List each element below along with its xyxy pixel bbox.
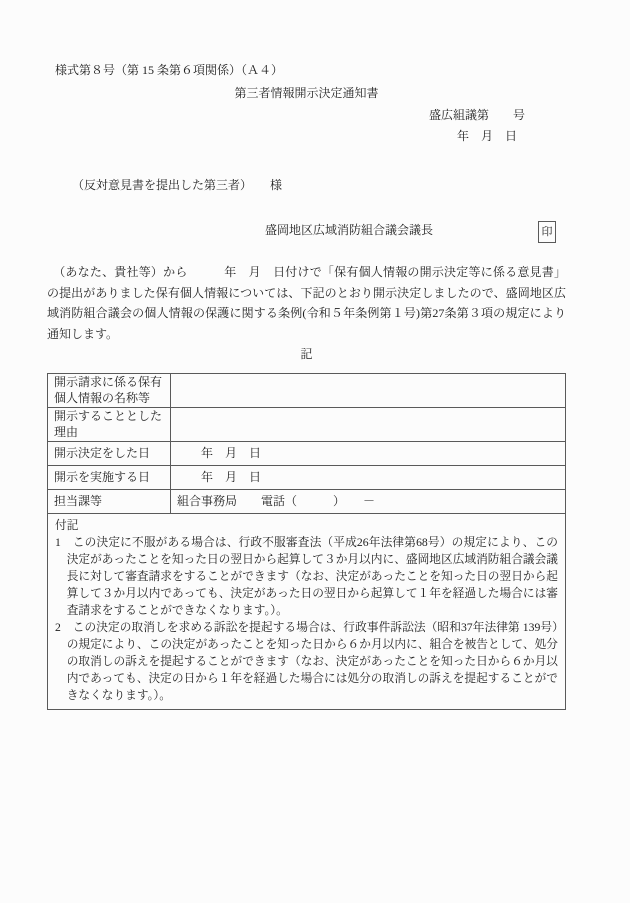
table-row-label: 担当課等 xyxy=(48,490,171,514)
notes-items: 1 この決定に不服がある場合は、行政不服審査法（平成26年法律第68号）の規定に… xyxy=(55,534,558,704)
table-row-label: 開示請求に係る保有個人情報の名称等 xyxy=(48,374,171,408)
seal-box: 印 xyxy=(538,221,556,243)
table-row: 開示決定をした日 年 月 日 xyxy=(48,442,566,466)
table-row: 担当課等組合事務局 電話（ ） － xyxy=(48,490,566,514)
page-title: 第三者情報開示決定通知書 xyxy=(47,83,566,103)
doc-number-line: 盛広組議第 号 xyxy=(47,105,525,126)
table-row-value: 組合事務局 電話（ ） － xyxy=(171,490,566,514)
header-right-block: 盛広組議第 号 年 月 日 xyxy=(47,105,566,147)
table-row: 開示することとした理由 xyxy=(48,408,566,442)
date-line: 年 月 日 xyxy=(47,126,525,147)
document-page: 様式第８号（第 15 条第６項関係）（Ａ４） 第三者情報開示決定通知書 盛広組議… xyxy=(0,0,630,903)
note-item: 2 この決定の取消しを求める訴訟を提起する場合は、行政事件訴訟法（昭和37年法律… xyxy=(55,619,558,704)
table-row-value xyxy=(171,408,566,442)
table-row-value: 年 月 日 xyxy=(171,466,566,490)
addressee-line: （反対意見書を提出した第三者） 様 xyxy=(72,175,566,195)
decision-table-body: 開示請求に係る保有個人情報の名称等開示することとした理由開示決定をした日 年 月… xyxy=(48,374,566,514)
table-row-label: 開示することとした理由 xyxy=(48,408,171,442)
sender-row: 盛岡地区広域消防組合議会議長 印 xyxy=(47,220,566,240)
table-row: 開示請求に係る保有個人情報の名称等 xyxy=(48,374,566,408)
table-row: 開示を実施する日 年 月 日 xyxy=(48,466,566,490)
notes-box: 付記 1 この決定に不服がある場合は、行政不服審査法（平成26年法律第68号）の… xyxy=(47,514,566,710)
table-row-value xyxy=(171,374,566,408)
decision-table: 開示請求に係る保有個人情報の名称等開示することとした理由開示決定をした日 年 月… xyxy=(47,373,566,514)
sender-name: 盛岡地区広域消防組合議会議長 xyxy=(265,223,433,237)
table-row-value: 年 月 日 xyxy=(171,442,566,466)
table-row-label: 開示決定をした日 xyxy=(48,442,171,466)
form-number-line: 様式第８号（第 15 条第６項関係）（Ａ４） xyxy=(55,60,566,80)
table-row-label: 開示を実施する日 xyxy=(48,466,171,490)
notes-heading: 付記 xyxy=(55,517,558,534)
record-label: 記 xyxy=(47,344,566,364)
body-paragraph: （あなた、貴社等）から 年 月 日付けで「保有個人情報の開示決定等に係る意見書」… xyxy=(47,262,566,344)
note-item: 1 この決定に不服がある場合は、行政不服審査法（平成26年法律第68号）の規定に… xyxy=(55,534,558,619)
